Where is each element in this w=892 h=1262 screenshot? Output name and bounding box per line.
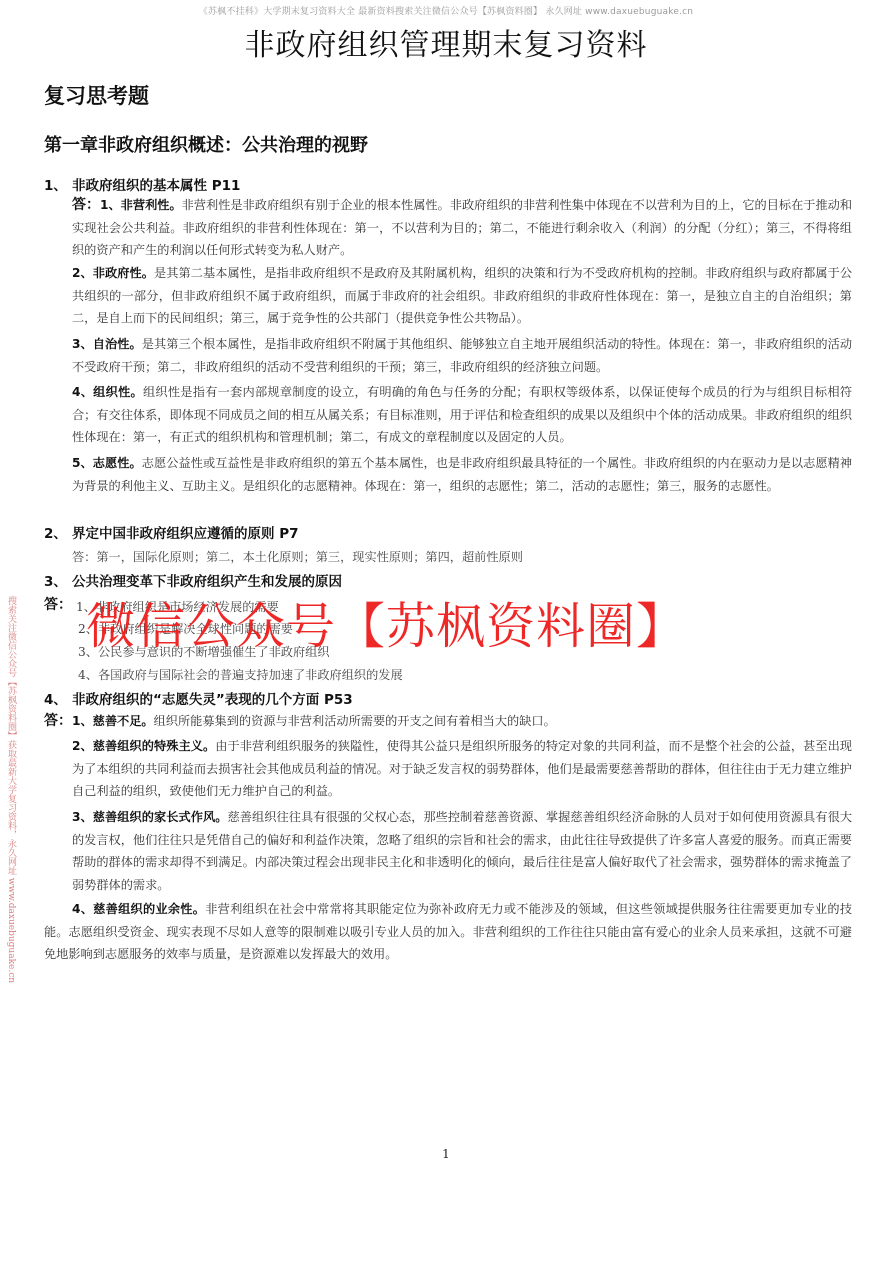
q1-item-2: 2、非政府性。是其第二基本属性，是指非政府组织不是政府及其附属机构，组织的决策和… [72,262,852,330]
q4-item-1: 答：1、慈善不足。组织所能募集到的资源与非营利活动所需要的开支之间有着相当大的缺… [44,710,844,733]
question-1-heading: 1、非政府组织的基本属性 P11 [44,174,240,194]
q3-answer-label: 答： [44,594,72,614]
q1-item-3: 3、自治性。是其第三个根本属性，是指非政府组织不附属于其他组织、能够独立自主地开… [72,333,852,378]
side-watermark-strip: 搜索关注微信公众号【苏枫资料圈】获取最新大学复习资料，永久网址 www.daxu… [3,596,17,983]
site-banner: 《苏枫不挂科》大学期末复习资料大全 最新资料搜索关注微信公众号【苏枫资料圈】 永… [0,4,892,17]
document-title: 非政府组织管理期末复习资料 [0,20,892,64]
q4-item-4: 4、慈善组织的业余性。非营利组织在社会中常常将其职能定位为弥补政府无力或不能涉及… [44,898,852,966]
q1-item-5: 5、志愿性。志愿公益性或互益性是非政府组织的第五个基本属性，也是非政府组织最具特… [72,452,852,497]
question-3-heading: 3、公共治理变革下非政府组织产生和发展的原因 [44,570,342,590]
q2-answer: 答：第一，国际化原则；第二，本土化原则；第三，现实性原则；第四，超前性原则 [72,548,523,565]
q3-list-item-4: 4、各国政府与国际社会的普遍支持加速了非政府组织的发展 [78,666,403,683]
section-title: 复习思考题 [44,80,149,110]
question-2-heading: 2、界定中国非政府组织应遵循的原则 P7 [44,522,299,542]
q4-item-2: 2、慈善组织的特殊主义。由于非营利组织服务的狭隘性，使得其公益只是组织所服务的特… [72,735,852,803]
chapter-title: 第一章非政府组织概述：公共治理的视野 [44,131,368,157]
q1-item-1: 答：1、非营利性。非营利性是非政府组织有别于企业的根本性属性。非政府组织的非营利… [72,194,852,262]
watermark-overlay: 微信公众号【苏枫资料圈】 [86,588,686,658]
question-4-heading: 4、非政府组织的“志愿失灵”表现的几个方面 P53 [44,688,353,708]
q1-item-4: 4、组织性。组织性是指有一套内部规章制度的设立，有明确的角色与任务的分配；有职权… [72,381,852,449]
page-number: 1 [0,1147,892,1161]
q4-item-3: 3、慈善组织的家长式作风。慈善组织往往具有很强的父权心态，那些控制着慈善资源、掌… [72,806,852,896]
